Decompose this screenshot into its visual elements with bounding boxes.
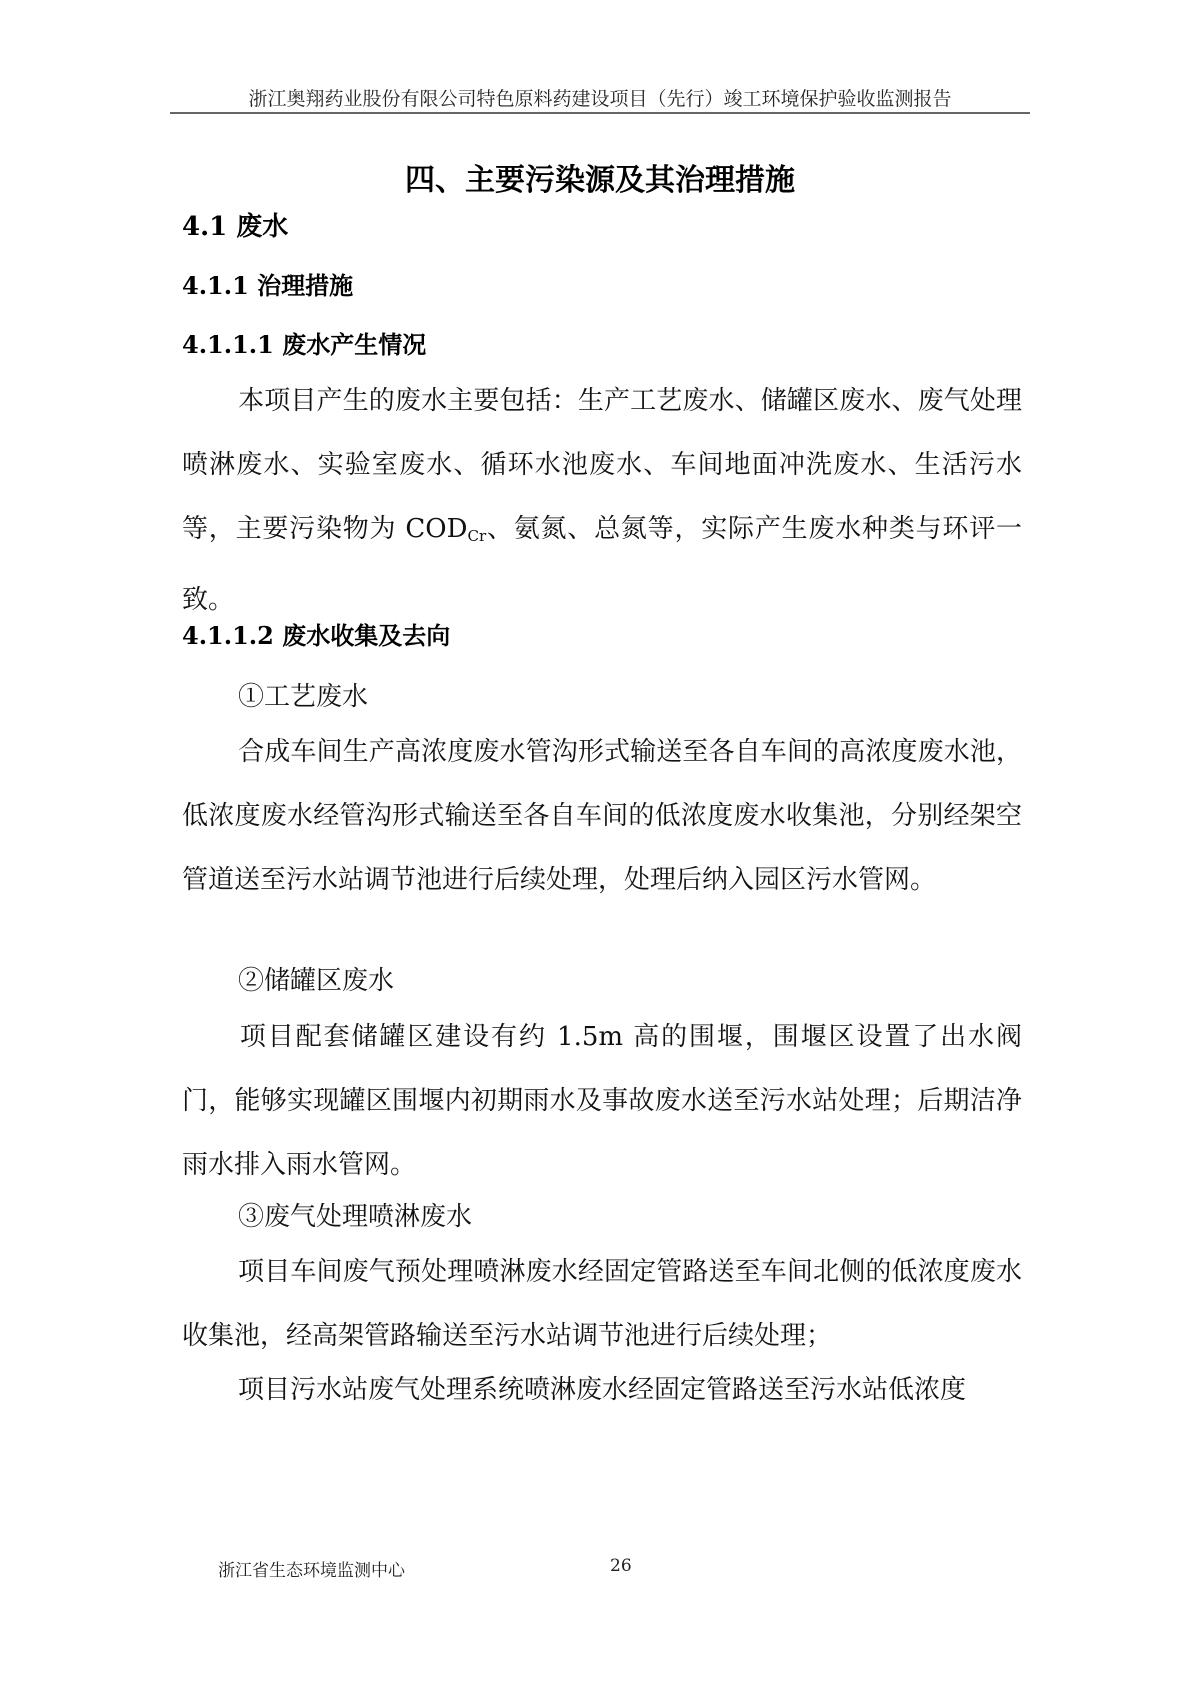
paragraph-process-wastewater: 合成车间生产高浓度废水管沟形式输送至各自车间的高浓度废水池，低浓度废水经管沟形式… (182, 720, 1022, 912)
paragraph-scrubber-wastewater-1: 项目车间废气预处理喷淋废水经固定管路送至车间北侧的低浓度废水收集池，经高架管路输… (182, 1240, 1022, 1368)
running-header: 浙江奥翔药业股份有限公司特色原料药建设项目（先行）竣工环境保护验收监测报告 (170, 84, 1030, 111)
heading-4-1-1: 4.1.1 治理措施 (182, 266, 353, 301)
page-number: 26 (610, 1556, 632, 1576)
item-scrubber-wastewater-title: ③废气处理喷淋废水 (238, 1196, 472, 1233)
header-divider (170, 112, 1030, 114)
heading-4-1-1-2: 4.1.1.2 废水收集及去向 (182, 616, 450, 651)
item3-text1: 项目车间废气预处理喷淋废水经固定管路送至车间北侧的低浓度废水收集池，经高架管路输… (182, 1257, 1022, 1351)
heading-4-1-1-1: 4.1.1.1 废水产生情况 (182, 325, 426, 360)
footer-organization: 浙江省生态环境监测中心 (218, 1556, 405, 1581)
para1-subscript: Cr (467, 527, 486, 545)
heading-4-1: 4.1 废水 (182, 206, 288, 243)
item2-text: 项目配套储罐区建设有约 1.5m 高的围堰，围堰区设置了出水阀门，能够实现罐区围… (182, 1022, 1022, 1180)
paragraph-wastewater-sources: 本项目产生的废水主要包括：生产工艺废水、储罐区废水、废气处理喷淋废水、实验室废水… (182, 369, 1022, 632)
paragraph-tank-area: 项目配套储罐区建设有约 1.5m 高的围堰，围堰区设置了出水阀门，能够实现罐区围… (182, 1005, 1022, 1197)
item1-text: 合成车间生产高浓度废水管沟形式输送至各自车间的高浓度废水池，低浓度废水经管沟形式… (182, 737, 1022, 895)
item-tank-area-title: ②储罐区废水 (238, 960, 394, 997)
item-process-wastewater-title: ①工艺废水 (238, 676, 368, 713)
chapter-title: 四、主要污染源及其治理措施 (170, 155, 1030, 199)
paragraph-scrubber-wastewater-2: 项目污水站废气处理系统喷淋废水经固定管路送至污水站低浓度 (182, 1358, 1022, 1422)
item3-text2: 项目污水站废气处理系统喷淋废水经固定管路送至污水站低浓度 (238, 1375, 966, 1405)
